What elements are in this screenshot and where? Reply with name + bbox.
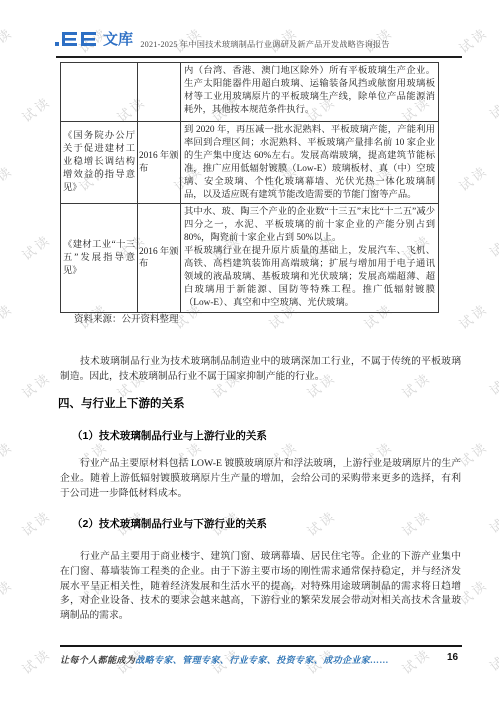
brand-logo-icon: [55, 31, 99, 47]
policy-table: 内（台湾、香港、澳门地区除外）所有平板玻璃生产企业。生产太阳能器件用超白玻璃、运…: [60, 62, 439, 313]
table-row: 《国务院办公厅关于促进建材工业稳增长调结构增效益的指导意见》 2016 年颁布 …: [61, 122, 439, 204]
intro-paragraph: 技术玻璃制品行业为技术玻璃制品制造业中的玻璃深加工行业，不属于传统的平板玻璃制造…: [60, 355, 461, 385]
source-note: 资料来源：公开资料整理: [74, 311, 179, 325]
policy-content-cell: 其中水、玻、陶三个产业的企业数“十三五”末比“十二五”减少四分之一，水泥、平板玻…: [181, 204, 439, 313]
footer-slogan: 让每个人都能成为战略专家、管理专家、行业专家、投资专家、成功企业家……: [60, 653, 389, 666]
policy-year-cell: [138, 63, 181, 122]
policy-name-cell: 《建材工业“十三五”发展指导意见》: [61, 204, 138, 313]
header-divider: [56, 56, 462, 58]
footer-divider: [60, 645, 462, 647]
downstream-paragraph: 行业产品主要用于商业楼宇、建筑门窗、玻璃幕墙、居民住宅等。企业的下游产业集中在门…: [60, 550, 461, 624]
table-row: 内（台湾、香港、澳门地区除外）所有平板玻璃生产企业。生产太阳能器件用超白玻璃、运…: [61, 63, 439, 122]
footer-slogan-prefix: 让每个人都能成为: [60, 655, 135, 665]
policy-content-cell: 内（台湾、香港、澳门地区除外）所有平板玻璃生产企业。生产太阳能器件用超白玻璃、运…: [181, 63, 439, 122]
subsection-1-heading: （1）技术玻璃制品行业与上游行业的关系: [72, 428, 267, 443]
upstream-paragraph: 行业产品主要原材料包括 LOW-E 镀膜玻璃原片和浮法玻璃，上游行业是玻璃原片的…: [60, 457, 461, 501]
table-row: 《建材工业“十三五”发展指导意见》 2016 年颁布 其中水、玻、陶三个产业的企…: [61, 204, 439, 313]
policy-name-cell: [61, 63, 138, 122]
policy-year-cell: 2016 年颁布: [138, 204, 181, 313]
policy-year-cell: 2016 年颁布: [138, 122, 181, 204]
footer-slogan-highlight: 战略专家、管理专家、行业专家、投资专家、成功企业家……: [135, 655, 389, 665]
section-heading: 四、与行业上下游的关系: [58, 395, 185, 411]
policy-name-cell: 《国务院办公厅关于促进建材工业稳增长调结构增效益的指导意见》: [61, 122, 138, 204]
policy-content-cell: 到 2020 年，再压减一批水泥熟料、平板玻璃产能，产能利用率回到合理区间；水泥…: [181, 122, 439, 204]
subsection-2-heading: （2）技术玻璃制品行业与下游行业的关系: [72, 516, 267, 531]
page-number: 16: [447, 652, 458, 663]
document-page: 试读试读试读试读试读试读试读试读试读试读试读试读试读试读试读试读试读试读试读试读…: [0, 0, 499, 706]
report-title: 2021-2025 年中国技术玻璃制品行业调研及新产品开发战略咨询报告: [120, 39, 410, 50]
